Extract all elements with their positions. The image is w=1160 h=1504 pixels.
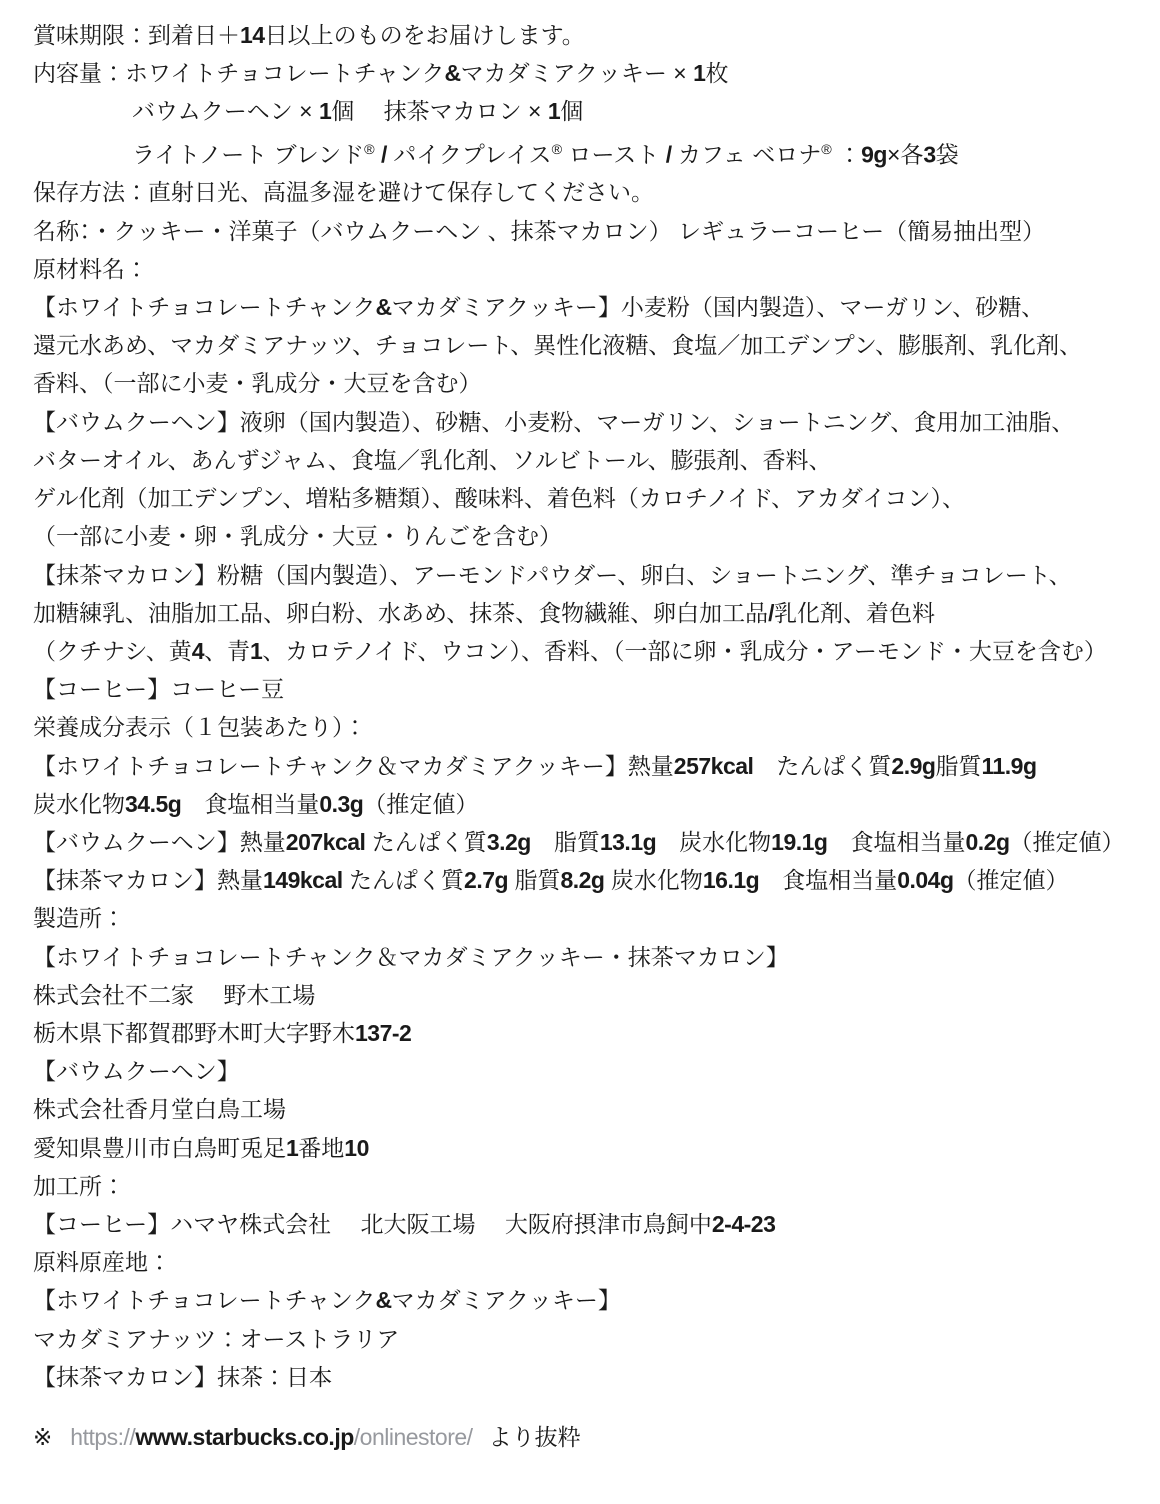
text-line: 【コーヒー】ハマヤ株式会社 北大阪工場 大阪府摂津市鳥飼中2-4-23 (33, 1205, 1142, 1243)
text-line: 【抹茶マカロン】熱量149kcal たんぱく質2.7g 脂質8.2g 炭水化物1… (33, 861, 1142, 899)
text-line: 【バウムクーヘン】 (33, 1052, 1142, 1090)
text-line: 原料原産地： (33, 1243, 1142, 1281)
text-line: （一部に小麦・卵・乳成分・大豆・りんごを含む） (33, 517, 1142, 555)
text-line: 【バウムクーヘン】熱量207kcal たんぱく質3.2g 脂質13.1g 炭水化… (33, 823, 1142, 861)
text-line: 【抹茶マカロン】抹茶：日本 (33, 1358, 1142, 1396)
text-line: （クチナシ、黄4、青1、カロテノイド、ウコン）、香料、（一部に卵・乳成分・アーモ… (33, 632, 1142, 670)
text-line: 愛知県豊川市白鳥町兎足1番地10 (33, 1129, 1142, 1167)
text-line: 加糖練乳、油脂加工品、卵白粉、水あめ、抹茶、食物繊維、卵白加工品/乳化剤、着色料 (33, 594, 1142, 632)
text-line: 還元水あめ、マカダミアナッツ、チョコレート、異性化液糖、食塩／加工デンプン、膨脹… (33, 326, 1142, 364)
text-line: 原材料名： (33, 250, 1142, 288)
text-line: 【ホワイトチョコレートチャンク&マカダミアクッキー】 (33, 1281, 1142, 1319)
document-lines: 賞味期限：到着日＋14日以上のものをお届けします。内容量：ホワイトチョコレートチ… (33, 16, 1142, 1396)
product-spec-document: 賞味期限：到着日＋14日以上のものをお届けします。内容量：ホワイトチョコレートチ… (0, 0, 1160, 1456)
text-line: 加工所： (33, 1167, 1142, 1205)
text-line: 【ホワイトチョコレートチャンク＆マカダミアクッキー・抹茶マカロン】 (33, 938, 1142, 976)
text-line: マカダミアナッツ：オーストラリア (33, 1320, 1142, 1358)
text-line: バウムクーヘン × 1個 抹茶マカロン × 1個 (33, 92, 1142, 130)
text-line: 名称：・クッキー・洋菓子（バウムクーヘン 、抹茶マカロン） レギュラーコーヒー（… (33, 212, 1142, 250)
text-line: 賞味期限：到着日＋14日以上のものをお届けします。 (33, 16, 1142, 54)
text-line: 香料、（一部に小麦・乳成分・大豆を含む） (33, 364, 1142, 402)
url-path: /onlinestore/ (354, 1424, 473, 1450)
text-line: 【ホワイトチョコレートチャンク＆マカダミアクッキー】熱量257kcal たんぱく… (33, 747, 1142, 785)
text-line: 内容量：ホワイトチョコレートチャンク&マカダミアクッキー × 1枚 (33, 54, 1142, 92)
text-line: ゲル化剤（加工デンプン、増粘多糖類）、酸味料、着色料（カロチノイド、アカダイコン… (33, 479, 1142, 517)
source-note: より抜粋 (489, 1424, 581, 1450)
text-line: ライトノート ブレンド® / パイクプレイス® ロースト / カフェ ベロナ® … (33, 131, 1142, 174)
text-line: 栃木県下都賀郡野木町大字野木137-2 (33, 1014, 1142, 1052)
text-line: バターオイル、あんずジャム、食塩／乳化剤、ソルビトール、膨張剤、香料、 (33, 441, 1142, 479)
text-line: 【コーヒー】コーヒー豆 (33, 670, 1142, 708)
source-footnote: ※https://www.starbucks.co.jp/onlinestore… (33, 1418, 1142, 1456)
url-domain: www.starbucks.co.jp (135, 1424, 353, 1450)
text-line: 栄養成分表示（１包装あたり）： (33, 708, 1142, 746)
text-line: 炭水化物34.5g 食塩相当量0.3g（推定値） (33, 785, 1142, 823)
text-line: 保存方法：直射日光、高温多湿を避けて保存してください。 (33, 173, 1142, 211)
text-line: 【抹茶マカロン】粉糖（国内製造）、アーモンドパウダー、卵白、ショートニング、準チ… (33, 556, 1142, 594)
text-line: 【ホワイトチョコレートチャンク&マカダミアクッキー】小麦粉（国内製造）、マーガリ… (33, 288, 1142, 326)
text-line: 株式会社不二家 野木工場 (33, 976, 1142, 1014)
url-scheme: https:// (70, 1424, 135, 1450)
reference-mark: ※ (33, 1424, 52, 1450)
text-line: 株式会社香月堂白鳥工場 (33, 1090, 1142, 1128)
text-line: 製造所： (33, 899, 1142, 937)
text-line: 【バウムクーヘン】液卵（国内製造）、砂糖、小麦粉、マーガリン、ショートニング、食… (33, 403, 1142, 441)
